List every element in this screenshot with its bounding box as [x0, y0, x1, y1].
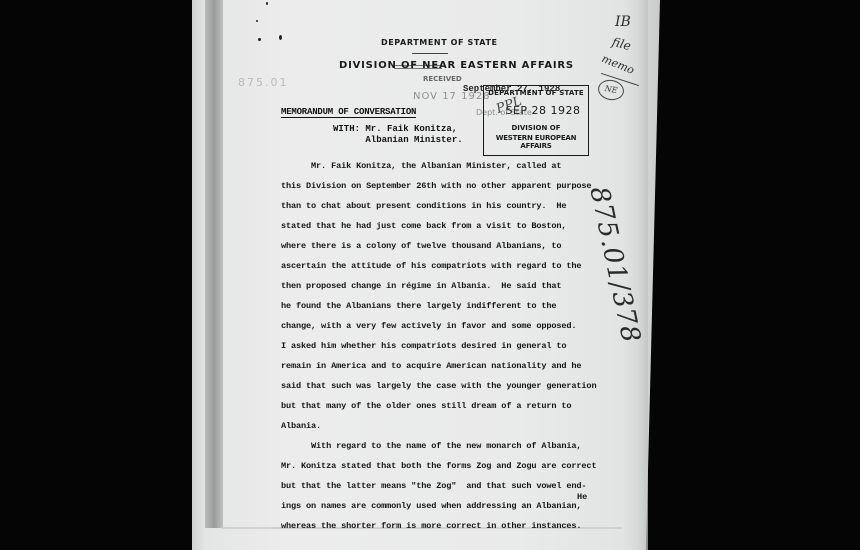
- division-stamp: DEPARTMENT OF STATE SEP 28 1928 DIVISION…: [483, 85, 589, 156]
- ink-speck: [256, 20, 258, 22]
- ink-speck: [258, 38, 261, 41]
- memo-body: Mr. Faik Konitza, the Albanian Minister,…: [281, 156, 621, 536]
- letterhead-rule: [412, 53, 448, 54]
- division-stamp-line2: WESTERN EUROPEAN AFFAIRS: [484, 134, 588, 150]
- page-continuation-word: He: [577, 492, 587, 502]
- division-stamp-header: DEPARTMENT OF STATE: [484, 89, 588, 97]
- letterhead-department: DEPARTMENT OF STATE: [381, 38, 498, 47]
- page-right-edge: [638, 0, 648, 550]
- ink-speck: [279, 35, 282, 40]
- faint-margin-note: 875.01: [238, 76, 289, 89]
- ink-speck: [266, 2, 268, 5]
- memo-with-block: WITH: Mr. Faik Konitza, Albanian Ministe…: [333, 124, 463, 146]
- letterhead-division: DIVISION OF NEAR EASTERN AFFAIRS: [339, 60, 574, 71]
- page-binding-shadow: [205, 0, 223, 528]
- handwritten-note-ib: IB: [615, 14, 631, 30]
- received-stamp-label: RECEIVED: [423, 75, 462, 83]
- overstamp-strike: [394, 63, 442, 71]
- memo-title: MEMORANDUM OF CONVERSATION: [281, 107, 416, 118]
- division-stamp-line1: DIVISION OF: [484, 124, 588, 132]
